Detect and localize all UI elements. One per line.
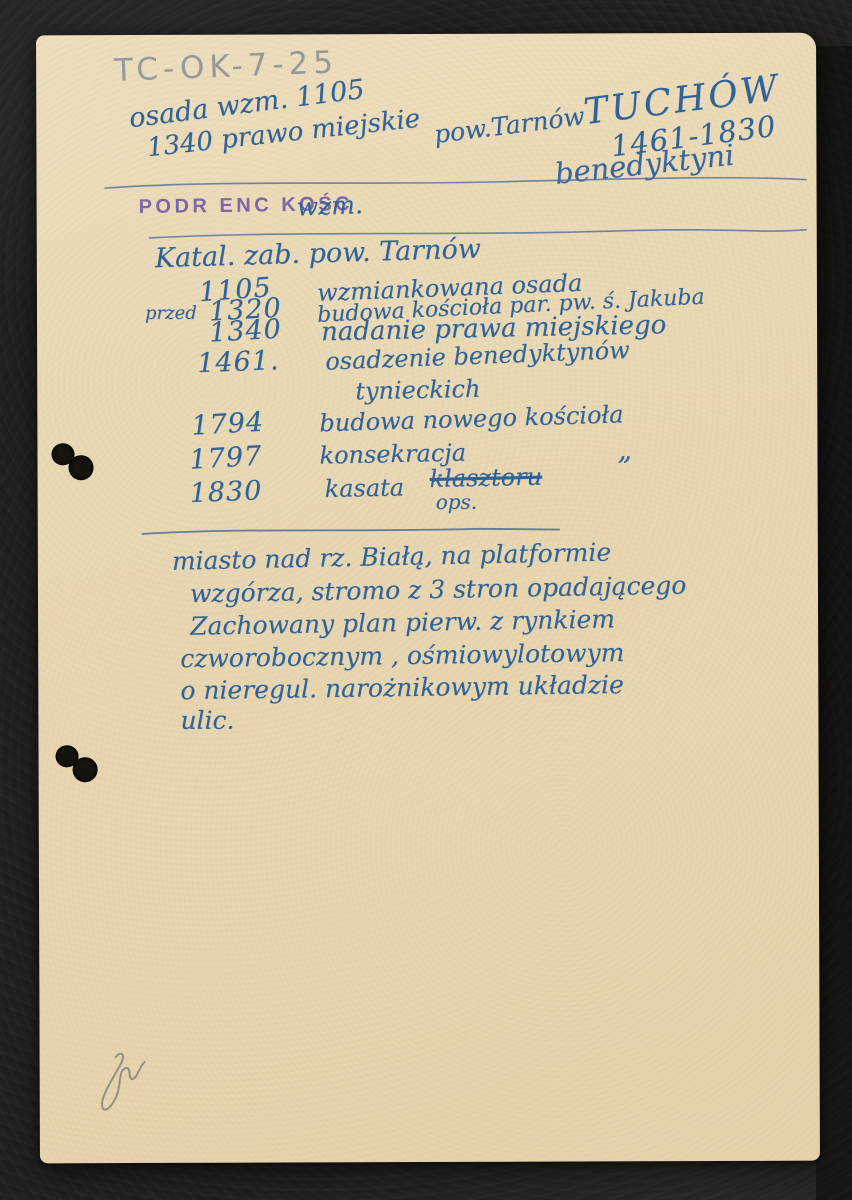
description-line: o nieregul. narożnikowym układzie — [180, 670, 624, 705]
timeline-year: 1830 — [189, 475, 263, 509]
description-line: Zachowany plan pierw. z rynkiem — [190, 604, 615, 640]
ruled-line-divider — [140, 524, 564, 539]
description-line: czworobocznym , ośmiowylotowym — [180, 638, 625, 673]
struck-word: klasztoru — [429, 463, 542, 493]
stamp-annotation: wzm. — [296, 190, 363, 222]
description-line: miasto nad rz. Białą, na platformie — [172, 538, 612, 576]
header-district: pow.Tarnów — [432, 101, 586, 149]
timeline-event-continuation: tynieckich — [355, 375, 481, 406]
timeline-year: 1797 — [189, 441, 263, 476]
timeline-year: 1340 — [208, 314, 282, 349]
correction-word: ops. — [436, 490, 478, 514]
punch-hole-top — [36, 33, 816, 36]
timeline-year: 1794 — [191, 407, 265, 442]
timeline-event: kasata — [324, 473, 404, 503]
timeline-year: 1461. — [197, 345, 280, 379]
description-line: wzgórza, stromo z 3 stron opadającego — [190, 571, 687, 609]
timeline-prefix: przed — [145, 303, 197, 324]
background-shadow-strip — [816, 46, 852, 1200]
ruled-line-top — [103, 173, 811, 193]
pencil-initials — [88, 1047, 152, 1117]
archival-index-card: TC-OK-7-25 osada wzm. 1105 1340 prawo mi… — [36, 33, 820, 1164]
photographed-desk-background: TC-OK-7-25 osada wzm. 1105 1340 prawo mi… — [0, 0, 852, 1200]
timeline-event: budowa nowego kościoła — [319, 400, 624, 437]
punch-hole-bottom — [36, 33, 816, 36]
description-line: ulic. — [180, 706, 234, 735]
ditto-mark: „ — [617, 433, 632, 466]
